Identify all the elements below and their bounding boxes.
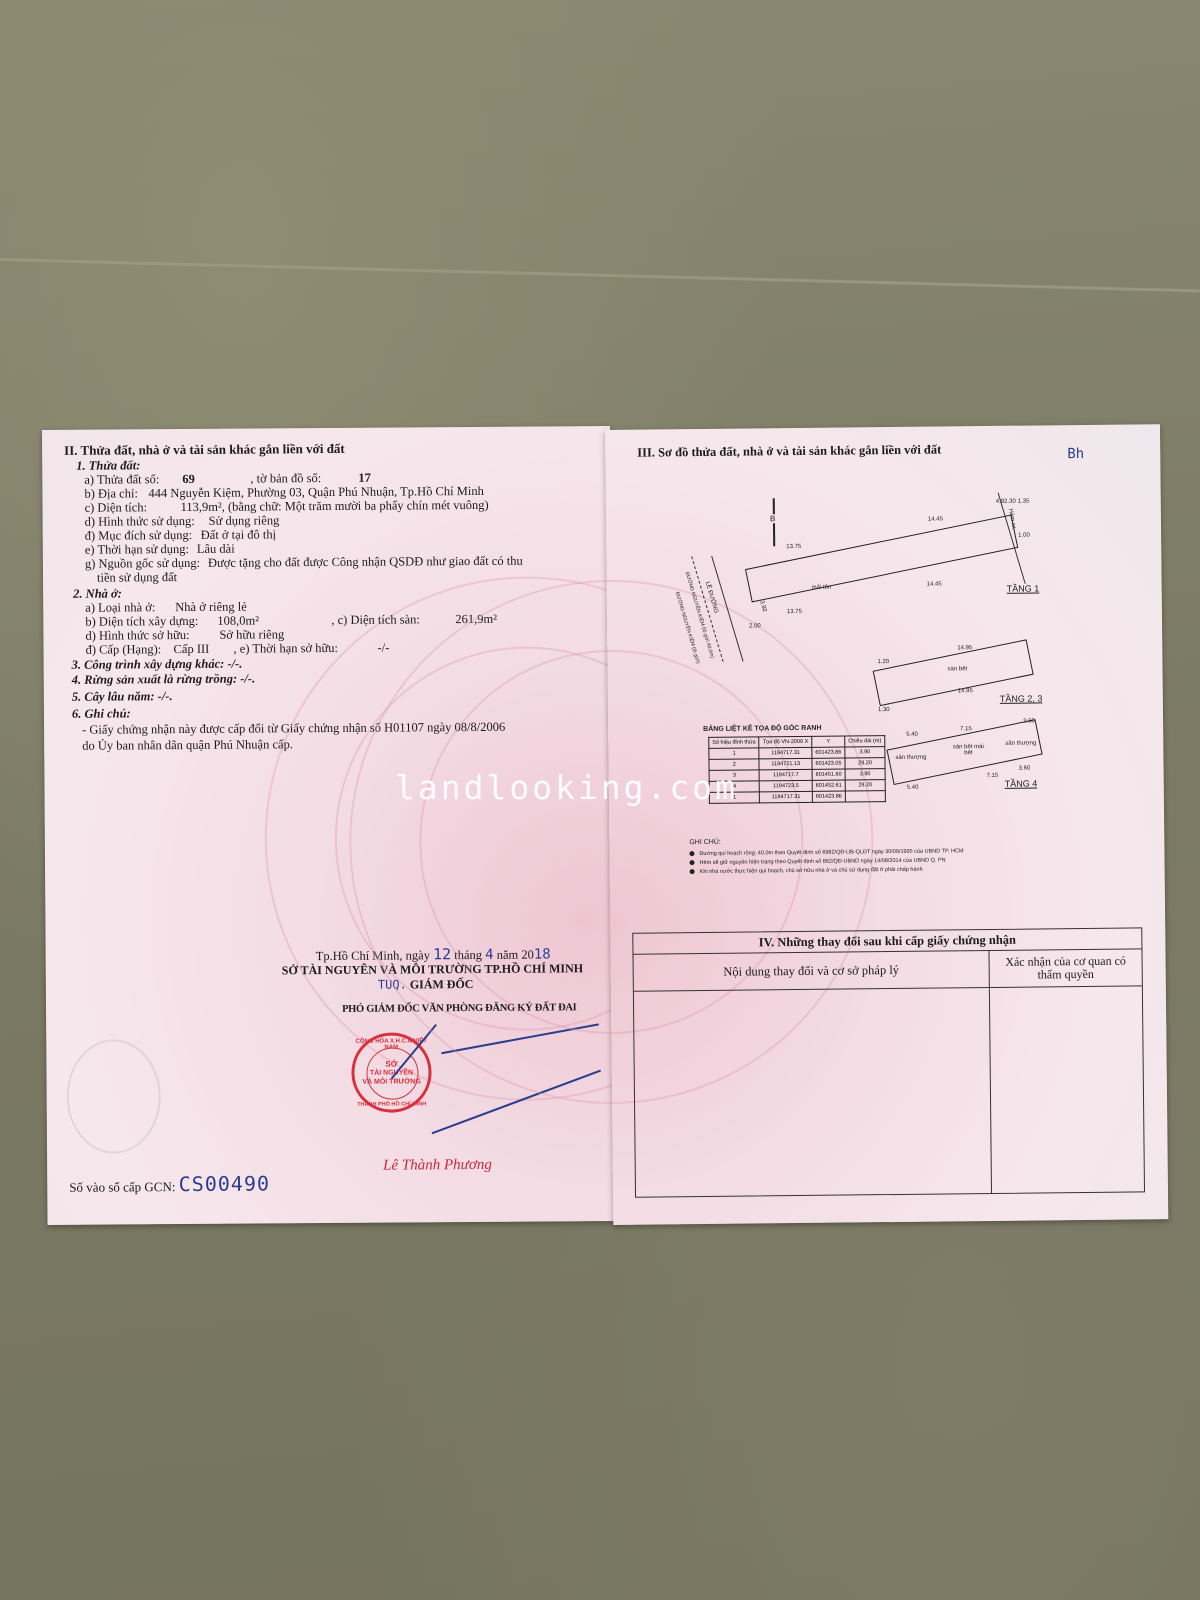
coords-header: Chiều dài (m)	[845, 736, 885, 747]
dim-label: 7.15	[960, 726, 972, 732]
floor-4-label: TẦNG 4	[1005, 778, 1038, 788]
changes-content-cell	[634, 988, 992, 1198]
dim-label: 14.95	[958, 688, 973, 694]
own-term-value: -/-	[377, 641, 389, 655]
grade-label: đ) Cấp (Hạng):	[85, 642, 161, 657]
coord-y: 601423.86	[812, 791, 845, 802]
floor-4-room-label: sàn bêt mái bêt	[948, 744, 988, 756]
use-form-label: d) Hình thức sử dụng:	[85, 514, 195, 529]
dim-label: 1.30	[878, 707, 890, 713]
coord-x: 1194717.7	[760, 769, 813, 781]
changes-confirmation-cell	[990, 986, 1144, 1194]
coord-y: 601451.60	[812, 769, 845, 780]
map-sheet-label: , tờ bản đồ số:	[250, 471, 321, 485]
other-construction: 3. Công trình xây dựng khác: -/-.	[72, 657, 243, 672]
dim-label: 2.00	[749, 623, 761, 629]
signer-name: Lê Thành Phương	[383, 1157, 492, 1175]
coord-x: 1194717.31	[759, 747, 812, 759]
coord-y: 601423.86	[812, 747, 845, 758]
coord-x: 1194717.31	[760, 791, 813, 803]
floor-1-label: TẦNG 1	[1007, 583, 1040, 593]
house-type-label: a) Loại nhà ở:	[85, 600, 155, 614]
register-number-line: Số vào sổ cấp GCN: CS00490	[69, 1176, 270, 1194]
parcel-number: 69	[182, 472, 195, 486]
corner-handwritten-mark: Bh	[1067, 447, 1084, 461]
vertex-no: 1	[709, 748, 760, 760]
production-forest: 4. Rừng sản xuất là rừng trồng: -/-.	[72, 672, 256, 687]
emblem-emboss	[66, 1039, 161, 1154]
dim-label: 4.92.30	[996, 499, 1016, 505]
dim-label: 1.00	[1018, 533, 1030, 539]
address-label: b) Địa chỉ:	[84, 486, 138, 500]
purpose-value: Đất ở tại đô thị	[201, 527, 276, 542]
changes-col-content: Nội dung thay đổi và cơ sở pháp lý	[633, 951, 989, 991]
coord-x: 1194721.13	[759, 758, 812, 770]
grade-value: Cấp III	[173, 642, 209, 656]
edge-length: 3.90	[845, 769, 885, 780]
dim-label: 5.40	[907, 785, 919, 791]
term-value: Lâu dài	[197, 542, 235, 556]
notes-title: GHI CHÚ:	[689, 836, 963, 846]
edge-length: 3.90	[845, 747, 885, 758]
coords-header: Tọa độ VN-2000 X	[759, 736, 812, 748]
use-form-value: Sử dụng riêng	[209, 513, 280, 527]
floor-1-plan	[745, 514, 1018, 602]
build-area-label: b) Diện tích xây dựng:	[85, 614, 198, 629]
site-watermark: landlooking.com	[395, 768, 738, 807]
coords-header: Số hiệu đỉnh thửa	[709, 737, 760, 749]
dim-label: 14.95	[957, 645, 972, 651]
own-term-label: , e) Thời hạn sở hữu:	[233, 641, 338, 656]
dim-label: 3.60	[1019, 766, 1031, 772]
note-item: Đường qui hoạch rộng: 40.0m theo Quyết đ…	[689, 848, 963, 857]
north-label: B	[770, 514, 775, 523]
stamp-line-1: SỞ	[354, 1059, 428, 1069]
plan-notes: GHI CHÚ: Đường qui hoạch rộng: 40.0m the…	[689, 836, 964, 878]
ownership-value: Sở hữu riêng	[219, 627, 284, 641]
ownership-label: d) Hình thức sở hữu:	[85, 628, 189, 643]
section-ii-title: II. Thửa đất, nhà ở và tài sản khác gắn …	[64, 442, 345, 458]
notes-line2: do Ủy ban nhân dân quận Phú Nhuận cấp.	[82, 737, 293, 752]
changes-table: IV. Những thay đổi sau khi cấp giấy chứn…	[632, 927, 1145, 1197]
area-value: 113,9m², (bằng chữ: Một trăm mười ba phẩ…	[180, 498, 488, 514]
origin-label: g) Nguồn gốc sử dụng:	[85, 556, 200, 571]
dim-label: 3.60	[1023, 719, 1035, 725]
note-item: Hẻm sẽ giữ nguyên hiện trạng theo Quyết …	[690, 857, 964, 866]
dim-label: 5.40	[906, 732, 918, 738]
coords-table-title: BẢNG LIỆT KÊ TỌA ĐỘ GÓC RANH	[703, 725, 821, 733]
floor-4-room-label: sân thượng	[895, 755, 926, 761]
notes-heading: 6. Ghi chú:	[72, 706, 131, 720]
dim-label: 14.45	[927, 581, 942, 587]
house-heading: 2. Nhà ở:	[73, 586, 122, 600]
coords-header: Y	[812, 736, 845, 747]
coord-x: 1194723.5	[760, 780, 813, 792]
map-sheet-number: 17	[358, 471, 371, 485]
floor-1-room-label: mái tôn	[812, 585, 832, 591]
floor-tile-seam	[0, 258, 1200, 292]
perennial-trees: 5. Cây lâu năm: -/-.	[72, 689, 173, 704]
stamp-bottom-text: THÀNH PHỐ HỒ CHÍ MINH	[355, 1101, 429, 1108]
dim-label: 13.75	[787, 609, 802, 615]
land-heading: 1. Thửa đất:	[76, 458, 140, 472]
dim-label: 7.15	[987, 773, 999, 779]
dim-label: 3.92	[758, 600, 767, 613]
changes-col-confirmation: Xác nhận của cơ quan có thẩm quyền	[989, 949, 1141, 987]
build-area-value: 108,0m²	[217, 613, 259, 627]
origin-value-line2: tiền sử dụng đất	[97, 570, 177, 585]
dim-label: 1.20	[877, 659, 889, 665]
dim-label: 14.45	[928, 516, 943, 522]
coord-y: 601423.05	[812, 758, 845, 769]
purpose-label: đ) Mục đích sử dụng:	[85, 528, 193, 543]
floor-2-3-room-label: sàn bêt	[947, 666, 967, 672]
floor-area-label: , c) Diện tích sàn:	[331, 612, 420, 627]
coord-y: 601452.61	[812, 780, 845, 791]
stamp-line-3: VÀ MÔI TRƯỜNG	[355, 1078, 429, 1086]
edge-length	[845, 791, 885, 802]
house-type-value: Nhà ở riêng lẻ	[175, 600, 247, 614]
dim-label: 1.35	[1018, 499, 1030, 505]
edge-length: 29.20	[845, 758, 885, 769]
origin-value-line1: Được tặng cho đất được Công nhận QSDĐ nh…	[208, 554, 523, 570]
certificate-right-page: III. Sơ đồ thửa đất, nhà ở và tài sản kh…	[605, 424, 1168, 1225]
section-iii-title: III. Sơ đồ thửa đất, nhà ở và tài sản kh…	[637, 442, 941, 459]
floor-4-room-label: sân thượng	[1005, 741, 1036, 747]
register-label: Số vào sổ cấp GCN:	[69, 1179, 175, 1195]
edge-length: 29.20	[845, 780, 885, 791]
floor-2-3-label: TẦNG 2, 3	[1000, 693, 1043, 703]
note-item: Khi nhà nước thực hiện qui hoạch, chủ sở…	[690, 866, 964, 875]
register-number: CS00490	[179, 1171, 270, 1196]
area-label: c) Diện tích:	[84, 500, 147, 514]
dim-label: 13.75	[786, 544, 801, 550]
term-label: e) Thời hạn sử dụng:	[85, 542, 189, 557]
parcel-label: a) Thửa đất số:	[84, 472, 159, 487]
